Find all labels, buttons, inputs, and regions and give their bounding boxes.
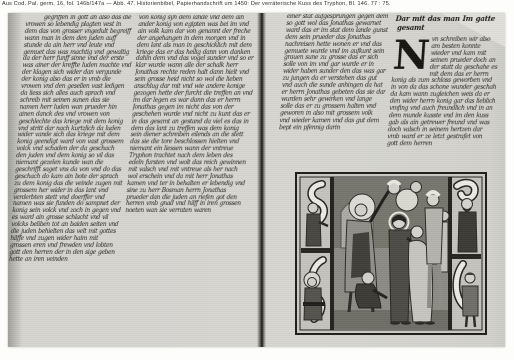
plate-caption: Aus Cod. Pal. germ. 16, fol. 146b/147a —… xyxy=(2,0,472,10)
left-page-column-2: von konig syn dem lande vnd dem ain ande… xyxy=(116,15,258,345)
rubric-line-2: gesamt xyxy=(397,23,425,32)
binding-gutter-shadow xyxy=(257,13,266,347)
right-page-column-2: Dar mit das man Im gatte gesamt N vn sch… xyxy=(385,14,502,171)
rubric-heading: Dar mit das man Im gatte gesamt xyxy=(395,14,502,32)
right-border-divider xyxy=(452,254,481,259)
manuscript-plate: Aus Cod. Pal. germ. 16, fol. 146b/147a —… xyxy=(0,0,514,360)
rubric-line-1: Dar mit das man Im gatte xyxy=(395,14,495,23)
miniature-svg xyxy=(295,172,487,335)
miniature-illustration xyxy=(295,172,487,335)
left-border-divider xyxy=(301,248,330,253)
right-page-column-1: einer stat aufgesprungen gegen dem so go… xyxy=(276,14,391,171)
right-divider-bar xyxy=(448,177,452,330)
left-divider-bar xyxy=(330,177,334,330)
illuminated-initial-N: N xyxy=(392,39,429,73)
manuscript-photo: gegriffen in gott an also das die vrowen… xyxy=(8,13,505,347)
left-page-column-1: gegriffen in gott an also das die vrowen… xyxy=(3,15,135,345)
